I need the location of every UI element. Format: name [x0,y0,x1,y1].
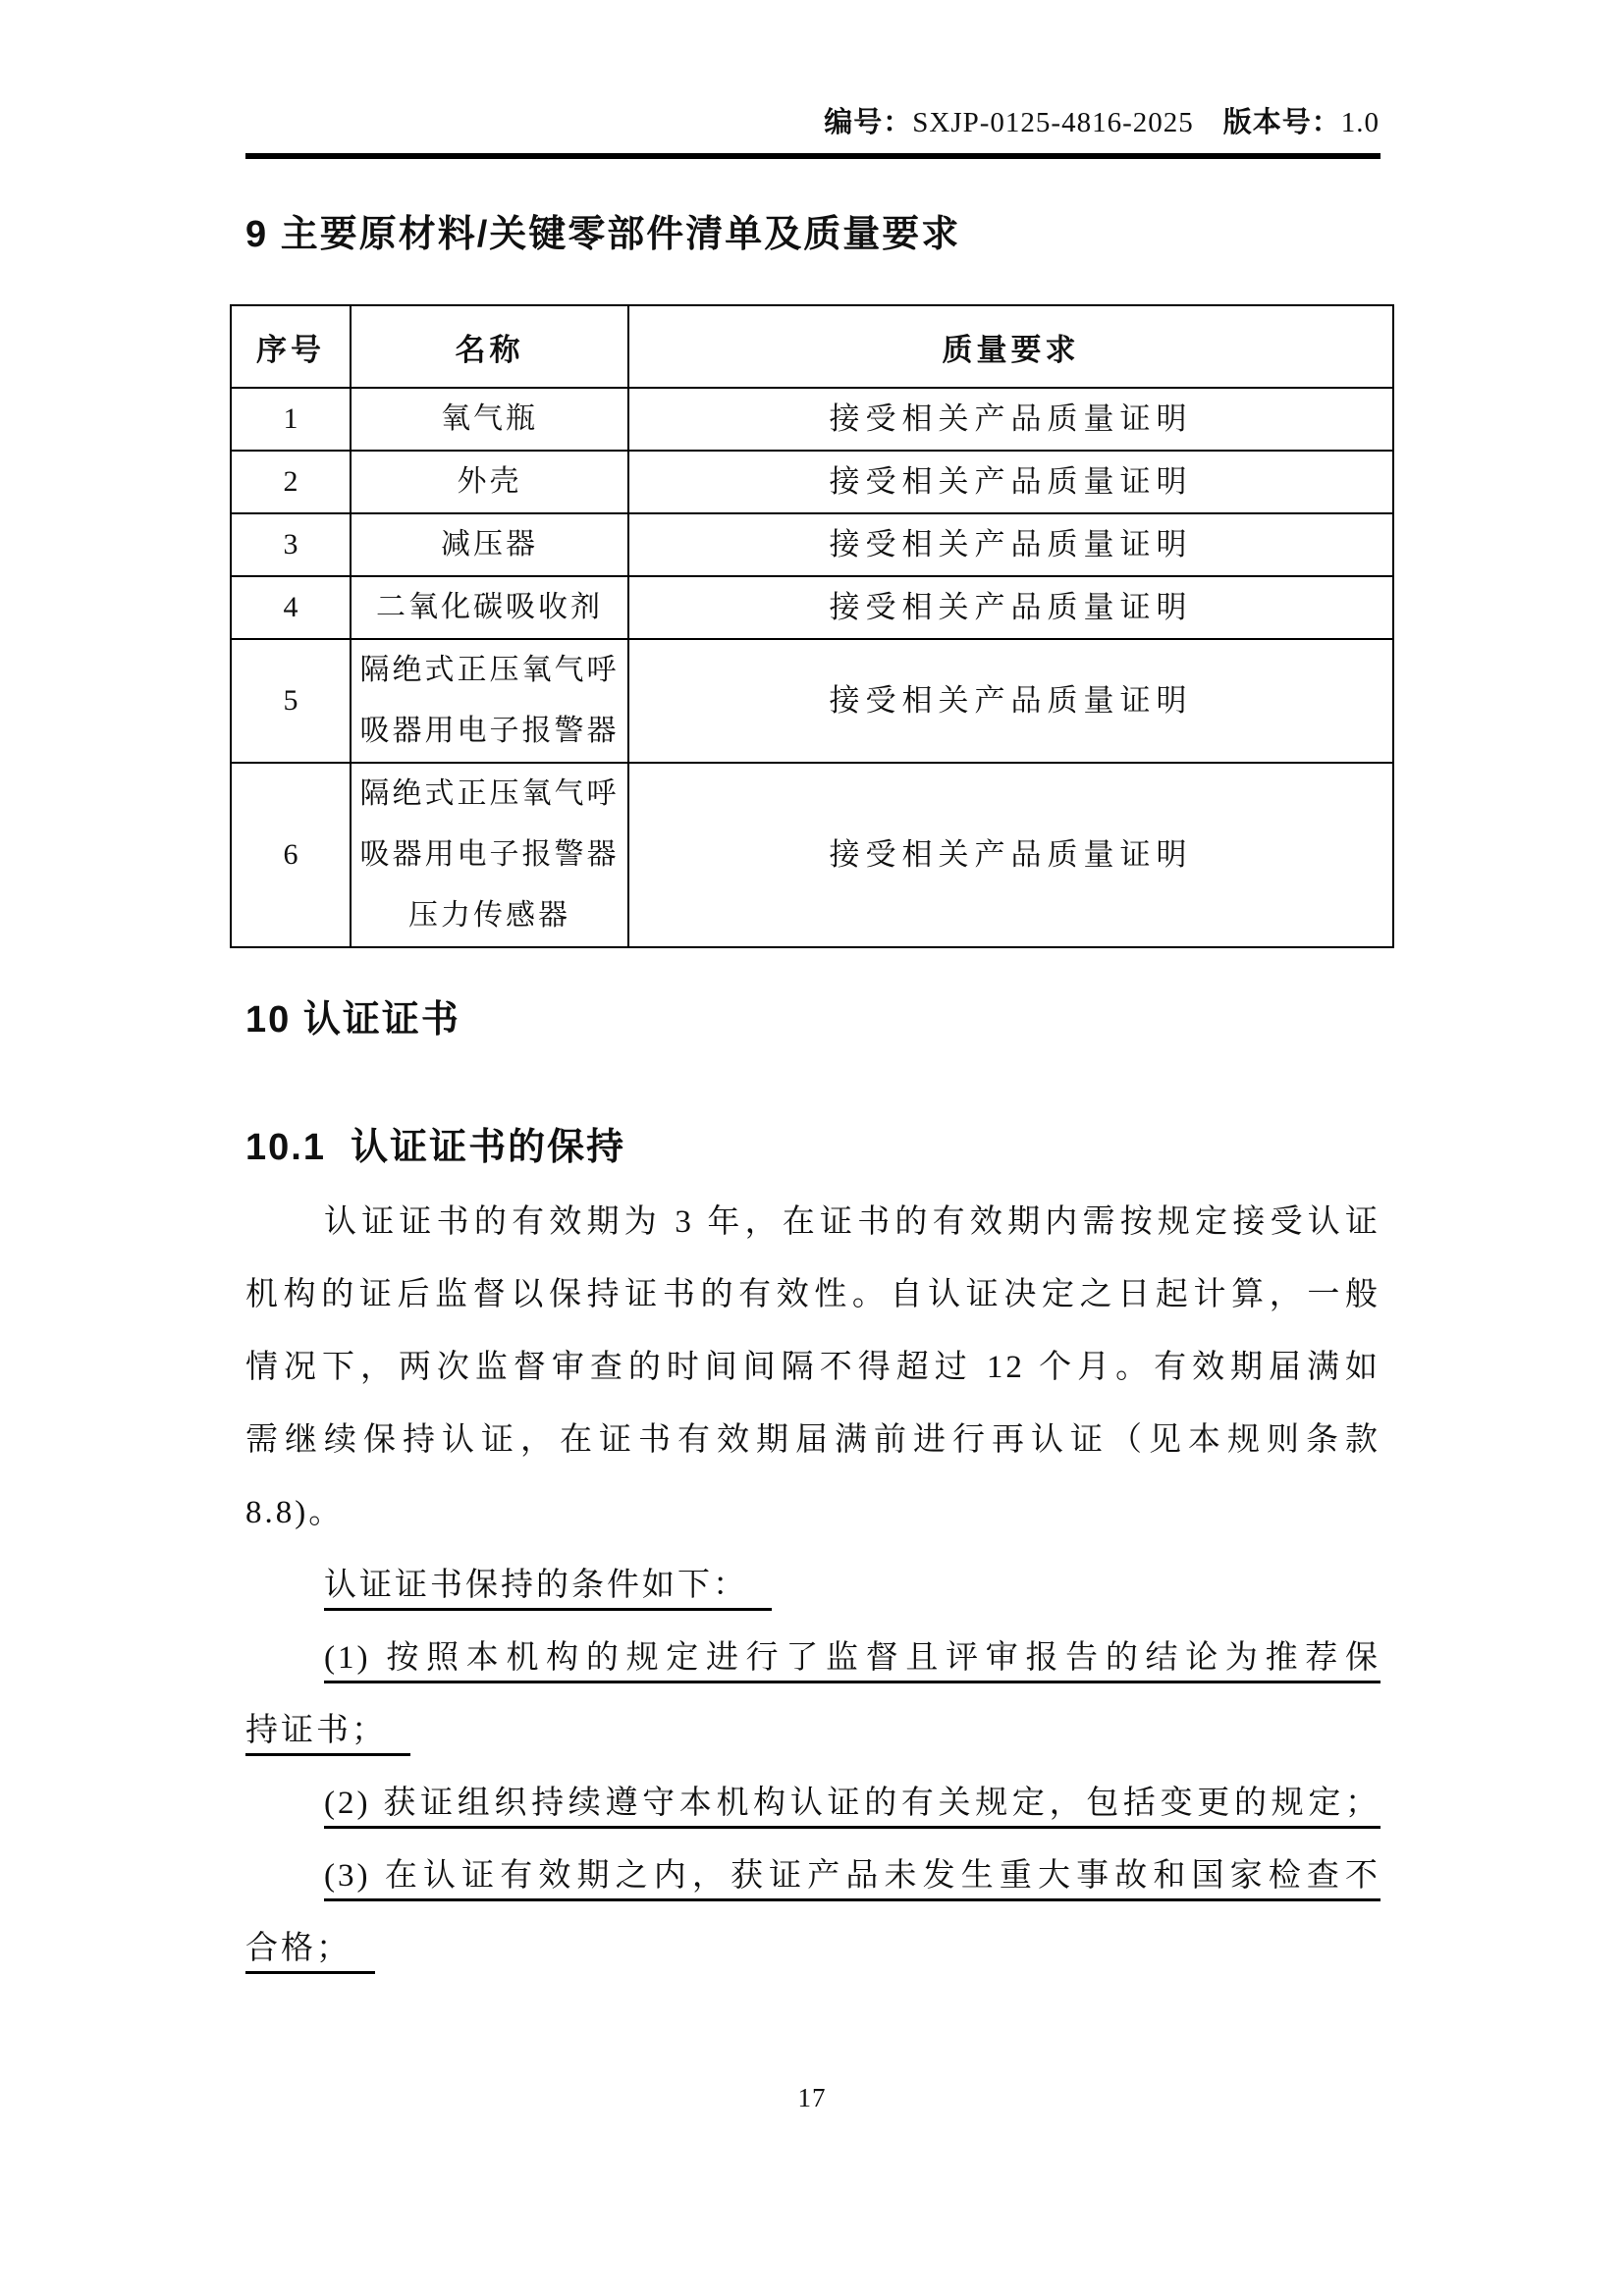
cell-seq: 1 [231,388,351,451]
header-name: 名称 [351,305,628,388]
cell-seq: 5 [231,639,351,763]
table-row: 5 隔绝式正压氧气呼吸器用电子报警器 接受相关产品质量证明 [231,639,1393,763]
body-text: 认证证书的有效期为 3 年，在证书的有效期内需按规定接受认证 机构的证后监督以保… [245,1186,1380,1985]
underlined-text: (1) 按照本机构的规定进行了监督且评审报告的结论为推荐保 [324,1640,1380,1683]
body-line-10: (3) 在认证有效期之内，获证产品未发生重大事故和国家检查不 [245,1840,1380,1912]
cell-seq: 6 [231,763,351,947]
page-number: 17 [0,2083,1624,2113]
cell-requirement: 接受相关产品质量证明 [628,576,1393,639]
body-line-8: 持证书； [245,1694,1380,1767]
table-header-row: 序号 名称 质量要求 [231,305,1393,388]
table-row: 1 氧气瓶 接受相关产品质量证明 [231,388,1393,451]
header-seq: 序号 [231,305,351,388]
cell-name: 二氧化碳吸收剂 [351,576,628,639]
cell-requirement: 接受相关产品质量证明 [628,388,1393,451]
table-row: 2 外壳 接受相关产品质量证明 [231,451,1393,513]
table-row: 4 二氧化碳吸收剂 接受相关产品质量证明 [231,576,1393,639]
cell-requirement: 接受相关产品质量证明 [628,451,1393,513]
table-row: 6 隔绝式正压氧气呼吸器用电子报警器压力传感器 接受相关产品质量证明 [231,763,1393,947]
version-value: 1.0 [1341,107,1380,138]
body-line-1: 认证证书的有效期为 3 年，在证书的有效期内需按规定接受认证 [245,1186,1380,1258]
underlined-text: 持证书； [245,1713,410,1756]
body-line-11: 合格； [245,1912,1380,1985]
header-requirement: 质量要求 [628,305,1393,388]
cell-name: 隔绝式正压氧气呼吸器用电子报警器压力传感器 [351,763,628,947]
cell-name: 隔绝式正压氧气呼吸器用电子报警器 [351,639,628,763]
version-label: 版本号： [1223,107,1341,138]
body-line-9: (2) 获证组织持续遵守本机构认证的有关规定，包括变更的规定； [245,1767,1380,1840]
section-9-title: 9 主要原材料/关键零部件清单及质量要求 [245,214,960,257]
body-line-6: 认证证书保持的条件如下： [245,1549,1380,1622]
body-line-5: 8.8)。 [245,1476,1380,1549]
cell-seq: 3 [231,513,351,576]
cell-seq: 2 [231,451,351,513]
underlined-text: 合格； [245,1931,375,1974]
doc-number-value: SXJP-0125-4816-2025 [912,107,1193,138]
section-10-1-title: 10.1 认证证书的保持 [245,1127,625,1170]
materials-table: 序号 名称 质量要求 1 氧气瓶 接受相关产品质量证明 2 外壳 接受相关产品质… [230,304,1394,948]
cell-name: 氧气瓶 [351,388,628,451]
body-line-3: 情况下，两次监督审查的时间间隔不得超过 12 个月。有效期届满如 [245,1331,1380,1404]
underlined-text: (2) 获证组织持续遵守本机构认证的有关规定，包括变更的规定； [324,1786,1380,1829]
body-line-7: (1) 按照本机构的规定进行了监督且评审报告的结论为推荐保 [245,1622,1380,1694]
doc-meta: 编号：SXJP-0125-4816-2025版本号：1.0 [824,100,1380,140]
underlined-text: (3) 在认证有效期之内，获证产品未发生重大事故和国家检查不 [324,1858,1380,1901]
body-line-4: 需继续保持认证，在证书有效期届满前进行再认证（见本规则条款 [245,1404,1380,1476]
cell-seq: 4 [231,576,351,639]
doc-number-label: 编号： [824,107,912,138]
section-10-title: 10 认证证书 [245,999,460,1042]
cell-name: 减压器 [351,513,628,576]
cell-requirement: 接受相关产品质量证明 [628,513,1393,576]
cell-requirement: 接受相关产品质量证明 [628,639,1393,763]
cell-name: 外壳 [351,451,628,513]
body-line-2: 机构的证后监督以保持证书的有效性。自认证决定之日起计算，一般 [245,1258,1380,1331]
document-page: 编号：SXJP-0125-4816-2025版本号：1.0 9 主要原材料/关键… [0,0,1624,2296]
underlined-text: 认证证书保持的条件如下： [324,1568,772,1611]
cell-requirement: 接受相关产品质量证明 [628,763,1393,947]
table-row: 3 减压器 接受相关产品质量证明 [231,513,1393,576]
header-rule [245,153,1380,159]
